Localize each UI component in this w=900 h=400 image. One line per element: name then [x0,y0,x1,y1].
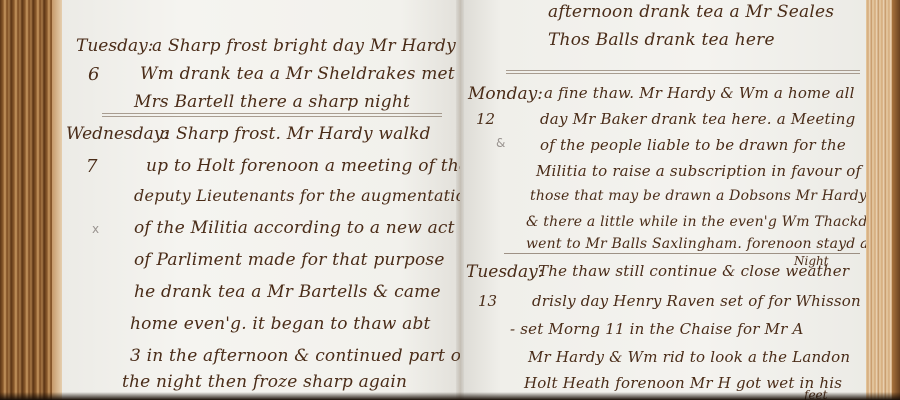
entry-separator [504,253,860,254]
right-page: afternoon drank tea a Mr Seales Thos Bal… [460,0,866,400]
entry-line: a Sharp frost bright day Mr Hardy & W [152,36,500,56]
entry-line: day Mr Baker drank tea here. a Meeting [540,110,855,128]
entry-line: a fine thaw. Mr Hardy & Wm a home all [544,84,855,102]
margin-pencil-mark: & [496,136,505,150]
entry-line: of Parliment made for that purpose [134,250,445,270]
entry-separator [506,70,860,74]
entry-line: those that may be drawn a Dobsons Mr Har… [530,188,867,204]
entry-line: & there a little while in the even'g Wm … [526,214,868,230]
entry-line: deputy Lieutenants for the augmentation [134,186,476,205]
entry-line: the night then froze sharp again [122,372,407,392]
page-edges-left [0,0,58,400]
entry-day-label: Monday: [468,84,543,104]
entry-line: drisly day Henry Raven set of for Whisso… [532,292,861,310]
entry-day-label: Tuesday: [76,36,153,56]
entry-day-label: Tuesday: [466,262,543,282]
entry-line: Mr Hardy & Wm rid to look a the Landon [528,348,850,366]
entry-date: 6 [88,64,99,85]
continuation-line: Thos Balls drank tea here [548,30,775,50]
entry-line: 3 in the afternoon & continued part of [130,346,468,366]
entry-line: of the people liable to be drawn for the [540,136,846,154]
book-gutter [456,0,464,400]
open-diary-book: Tuesday: 6 a Sharp frost bright day Mr H… [0,0,900,400]
margin-pencil-mark: x [92,222,99,236]
entry-line: up to Holt forenoon a meeting of the [146,156,469,176]
entry-line: Mrs Bartell there a sharp night [134,92,410,112]
page-edge-left-curl [52,0,62,400]
entry-line: - set Morng 11 in the Chaise for Mr A [510,320,803,338]
entry-date: 12 [476,110,495,128]
continuation-line: afternoon drank tea a Mr Seales [548,2,834,22]
entry-line: The thaw still continue & close weather [538,262,849,280]
entry-line: a Sharp frost. Mr Hardy walkd [160,124,431,144]
entry-date: 13 [478,292,497,310]
entry-day-label: Wednesday: [66,124,169,144]
entry-line: of the Militia according to a new act [134,218,455,238]
left-page: Tuesday: 6 a Sharp frost bright day Mr H… [62,0,460,400]
entry-line: Holt Heath forenoon Mr H got wet in his [524,374,842,392]
book-cover-edge [892,0,900,400]
entry-separator [102,113,442,117]
entry-line: home even'g. it began to thaw abt [130,314,431,334]
entry-line: went to Mr Balls Saxlingham. forenoon st… [526,236,878,252]
entry-line: Militia to raise a subscription in favou… [536,162,861,180]
entry-line: Wm drank tea a Mr Sheldrakes met Mr & [140,64,507,84]
entry-line: he drank tea a Mr Bartells & came [134,282,441,302]
entry-date: 7 [86,156,97,177]
bottom-shadow [0,392,900,400]
